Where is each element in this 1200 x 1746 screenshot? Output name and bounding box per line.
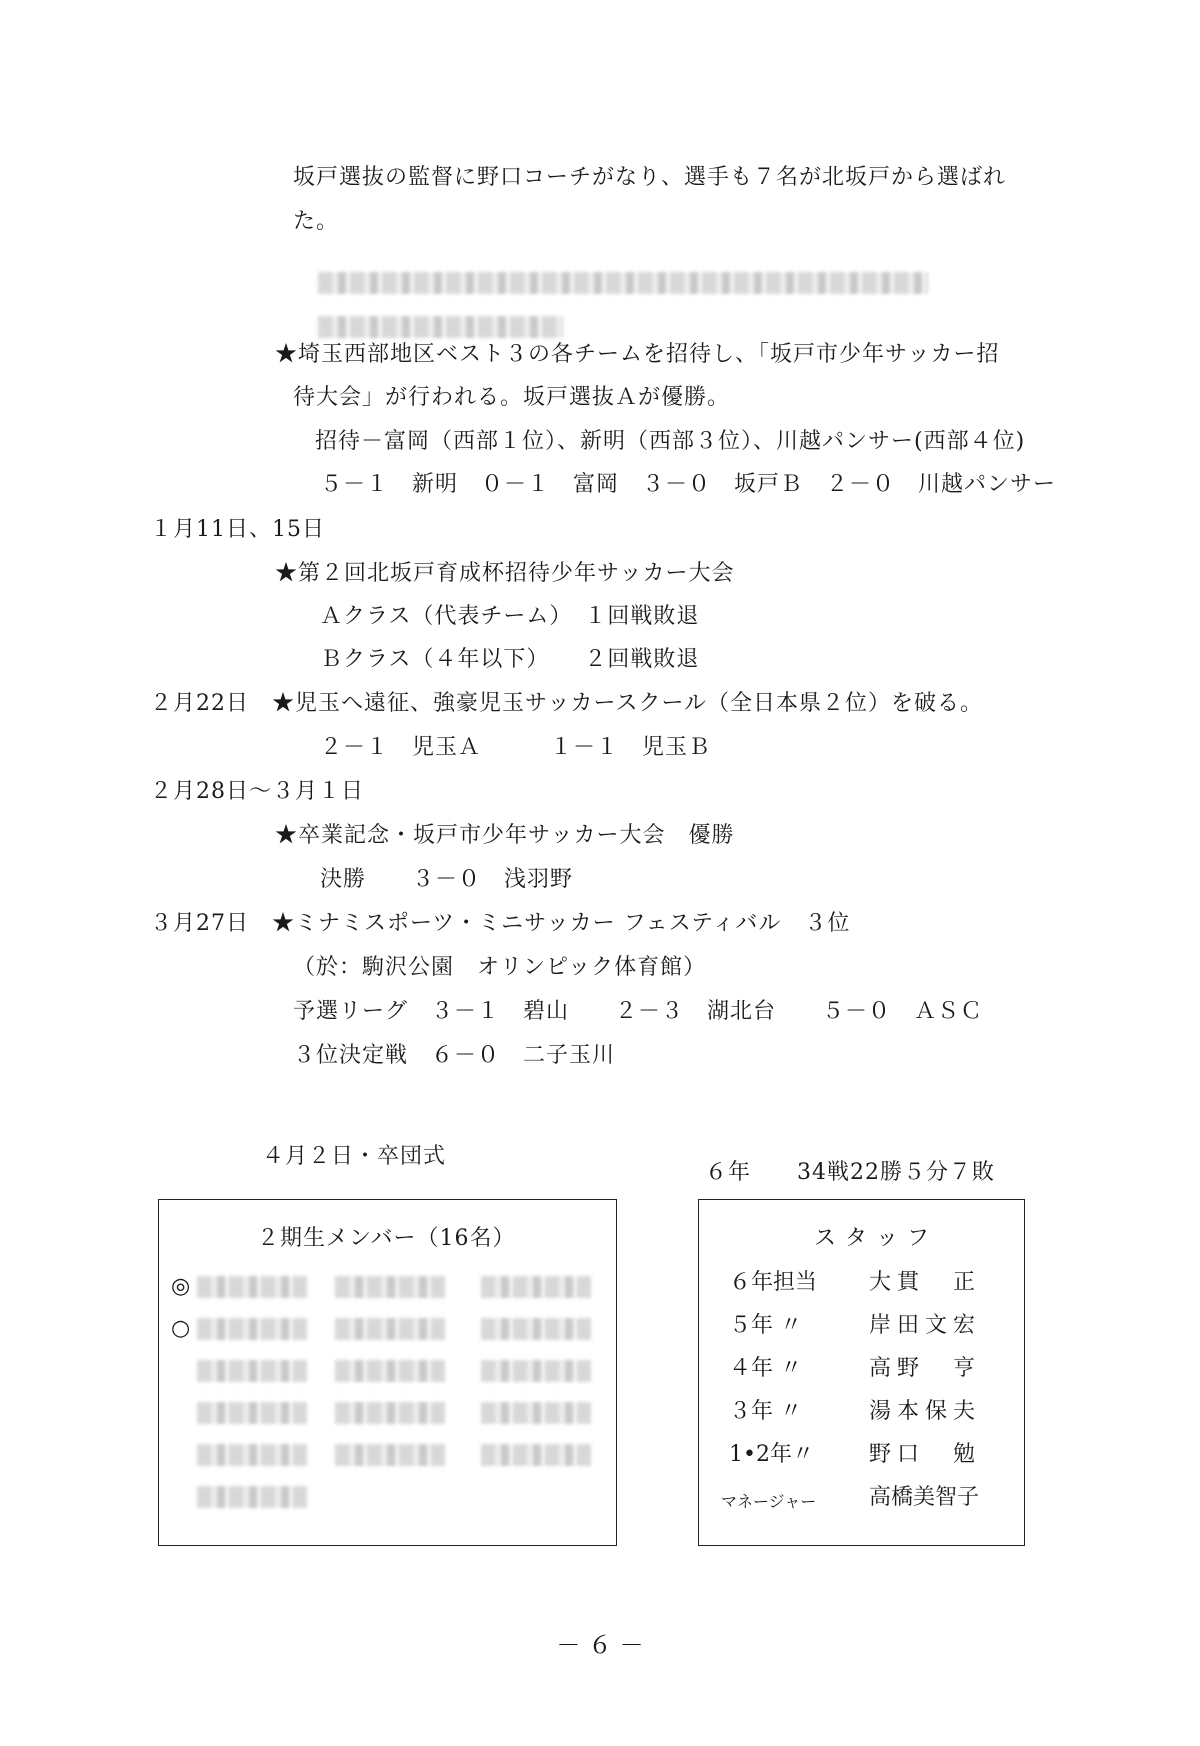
graduation-ceremony: ４月２日・卒団式 [262, 1142, 446, 1172]
staff-role: ５年 〃 [729, 1311, 802, 1341]
staff-title: ス タ ッ フ [814, 1224, 930, 1254]
member-name [481, 1318, 591, 1340]
member-name [481, 1444, 591, 1466]
member-name [481, 1402, 591, 1424]
staff-name: 湯本保夫 [869, 1397, 981, 1427]
text-line: １月11日、15日 [150, 515, 325, 545]
member-name [335, 1444, 445, 1466]
staff-box: ス タ ッ フ ６年担当 大貫 正 ５年 〃 岸田文宏 ４年 〃 高野 亨 ３年… [698, 1199, 1025, 1546]
vice-captain-mark: ○ [171, 1316, 190, 1342]
text-line: ２月22日 ★児玉へ遠征、強豪児玉サッカースクール（全日本県２位）を破る。 [150, 689, 983, 719]
text-line: 予選リーグ ３－１ 碧山 ２－３ 湖北台 ５－０ ＡＳＣ [293, 997, 983, 1027]
text-line: ２－１ 児玉Ａ １－１ 児玉Ｂ [320, 733, 711, 763]
staff-name: 岸田文宏 [869, 1311, 981, 1341]
season-record: ６年 34戦22勝５分７敗 [705, 1158, 995, 1188]
redacted-text [318, 272, 928, 294]
text-line: Ｂクラス（４年以下） ２回戦敗退 [320, 645, 699, 675]
text-line: ３月27日 ★ミナミスポーツ・ミニサッカー フェスティバル ３位 [150, 909, 850, 939]
members-title: ２期生メンバー（16名） [257, 1224, 515, 1254]
staff-name: 大貫 正 [869, 1268, 981, 1298]
text-line: 招待－富岡（西部１位）、新明（西部３位）、川越パンサー(西部４位) [315, 427, 1025, 457]
text-line: ３位決定戦 ６－０ 二子玉川 [293, 1041, 615, 1071]
text-line: ★埼玉西部地区ベスト３の各チームを招待し、「坂戸市少年サッカー招 [275, 340, 1000, 370]
member-name [335, 1318, 445, 1340]
member-name [335, 1360, 445, 1382]
staff-name: 野口 勉 [869, 1440, 981, 1470]
member-name [197, 1402, 307, 1424]
members-box: ２期生メンバー（16名） ◎ ○ [158, 1199, 617, 1546]
member-name [197, 1444, 307, 1466]
text-line: た。 [293, 207, 339, 237]
text-line: 待大会」が行われる。坂戸選抜Ａが優勝。 [293, 383, 730, 413]
staff-name: 高橋美智子 [869, 1483, 979, 1513]
member-name [197, 1360, 307, 1382]
captain-mark: ◎ [171, 1274, 190, 1300]
text-line: ★卒業記念・坂戸市少年サッカー大会 優勝 [275, 821, 735, 851]
staff-role: マネージャー [721, 1487, 816, 1517]
member-name [335, 1402, 445, 1424]
member-name [197, 1486, 307, 1508]
staff-role: ４年 〃 [729, 1354, 802, 1384]
member-name [481, 1276, 591, 1298]
member-name [197, 1318, 307, 1340]
text-line: Ａクラス（代表チーム） １回戦敗退 [320, 602, 699, 632]
member-name [197, 1276, 307, 1298]
text-line: ★第２回北坂戸育成杯招待少年サッカー大会 [275, 559, 735, 589]
text-line: ２月28日～３月１日 [150, 777, 364, 807]
staff-role: ３年 〃 [729, 1397, 802, 1427]
redacted-text [318, 316, 563, 338]
text-line: （於：駒沢公園 オリンピック体育館） [293, 953, 706, 983]
page-number: － ６ － [0, 1625, 1200, 1660]
staff-role: 1•2年〃 [729, 1440, 814, 1470]
member-name [481, 1360, 591, 1382]
text-line: 決勝 ３－０ 浅羽野 [320, 865, 573, 895]
staff-role: ６年担当 [729, 1268, 817, 1298]
text-line: ５－１ 新明 ０－１ 富岡 ３－０ 坂戸Ｂ ２－０ 川越パンサー [320, 470, 1056, 500]
member-name [335, 1276, 445, 1298]
staff-name: 高野 亨 [869, 1354, 981, 1384]
text-line: 坂戸選抜の監督に野口コーチがなり、選手も７名が北坂戸から選ばれ [293, 163, 1006, 193]
